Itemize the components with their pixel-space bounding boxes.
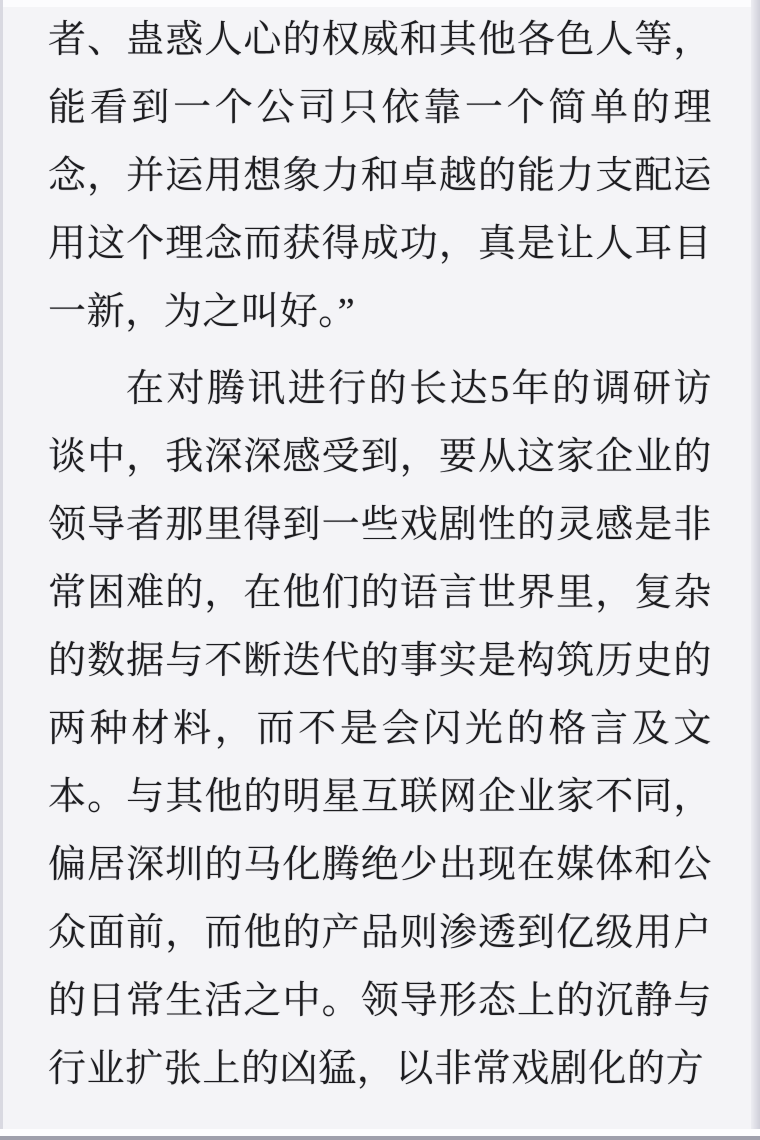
ebook-reader-page[interactable]: 者、蛊惑人心的权威和其他各色人等，能看到一个公司只依靠一个简单的理念，并运用想象… <box>0 0 760 1140</box>
paragraph-continuation: 者、蛊惑人心的权威和其他各色人等，能看到一个公司只依靠一个简单的理念，并运用想象… <box>48 6 712 346</box>
screen-bottom-highlight <box>0 1129 760 1136</box>
screen-left-edge <box>0 0 3 1140</box>
screen-right-edge <box>751 0 760 1140</box>
paragraph-new: 在对腾讯进行的长达5年的调研访谈中，我深深感受到，要从这家企业的领导者那里得到一… <box>48 355 712 1103</box>
book-text-area: 者、蛊惑人心的权威和其他各色人等，能看到一个公司只依靠一个简单的理念，并运用想象… <box>48 6 712 1103</box>
screen-bottom-edge <box>0 1136 760 1140</box>
